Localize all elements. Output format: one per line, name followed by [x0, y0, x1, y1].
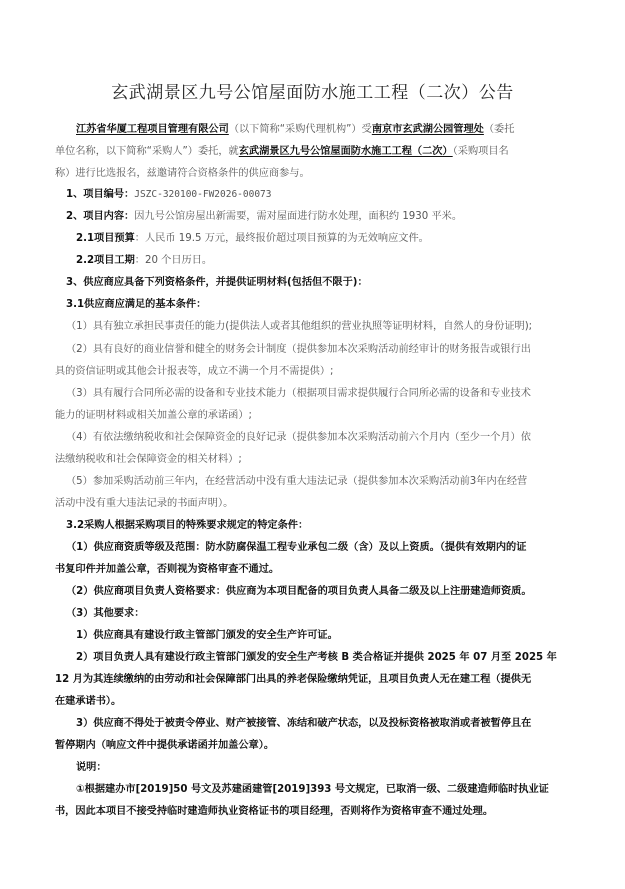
condition-5-line-1: （5）参加采购活动前三年内，在经营活动中没有重大违法记录（提供参加本次采购活动前…	[66, 475, 527, 489]
project-content: 2、项目内容：因九号公馆房屋出新需要，需对屋面进行防水处理，面积约 1930 平…	[66, 210, 462, 224]
project-note: （采购项目名	[453, 146, 509, 157]
project-budget-value: ：人民币 19.5 万元，最终报价超过项目预算的为无效响应文件。	[135, 233, 429, 244]
condition-2-line-1: （2）具有良好的商业信誉和健全的财务会计制度（提供参加本次采购活动前经审计的财务…	[66, 343, 531, 357]
condition-4-line-2: 法缴纳税收和社会保障资金的相关材料）;	[55, 453, 242, 467]
project-budget: 2.1项目预算：人民币 19.5 万元，最终报价超过项目预算的为无效响应文件。	[76, 232, 429, 246]
note-line-1: ①根据建办市[2019]50 号文及苏建函建管[2019]393 号文规定，已取…	[76, 783, 549, 797]
requirement-3-heading: （3）其他要求：	[66, 607, 144, 621]
project-duration-value: ：20 个日历日。	[135, 255, 212, 266]
basic-conditions-heading: 3.1供应商应满足的基本条件：	[66, 298, 206, 312]
purchaser-note: （委托	[484, 124, 515, 135]
project-name: 玄武湖景区九号公馆屋面防水施工工程（二次）	[239, 146, 453, 157]
requirement-1-line-2: 书复印件并加盖公章，否则视为资格审查不通过。	[55, 563, 279, 577]
intro-line-2: 单位名称，以下简称“采购人”）委托，就玄武湖景区九号公馆屋面防水施工工程（二次）…	[55, 145, 509, 159]
intro-line-3: 称）进行比选报名，兹邀请符合资格条件的供应商参与。	[55, 167, 310, 181]
special-conditions-heading: 3.2采购人根据采购项目的特殊要求规定的特定条件：	[66, 519, 308, 533]
project-number: 1、项目编号：JSZC-320100-FW2026-00073	[66, 188, 272, 202]
document-page: 玄武湖景区九号公馆屋面防水施工工程（二次）公告 江苏省华厦工程项目管理有限公司（…	[0, 0, 625, 889]
intro-line-1: 江苏省华厦工程项目管理有限公司（以下简称“采购代理机构”）受南京市玄武湖公园管理…	[76, 123, 514, 137]
project-number-label: 1、项目编号：	[66, 189, 134, 200]
other-requirement-3-line-2: 暂停期内（响应文件中提供承诺函并加盖公章）。	[55, 739, 274, 753]
other-requirement-3-line-1: 3）供应商不得处于被责令停业、财产被接管、冻结和破产状态，以及投标资格被取消或者…	[76, 717, 531, 731]
other-requirement-1: 1）供应商具有建设行政主管部门颁发的安全生产许可证。	[76, 629, 338, 643]
other-requirement-2-line-3: 在建承诺书）。	[55, 695, 121, 709]
intro-text: 单位名称，以下简称“采购人”）委托，就	[55, 146, 239, 157]
project-number-value: JSZC-320100-FW2026-00073	[134, 189, 271, 200]
project-duration-label: 2.2项目工期	[76, 255, 135, 266]
note-heading: 说明：	[76, 761, 107, 775]
other-requirement-2-line-1: 2）项目负责人具有建设行政主管部门颁发的安全生产考核 B 类合格证并提供 202…	[76, 651, 557, 665]
requirement-1-line-1: （1）供应商资质等级及范围：防水防腐保温工程专业承包二级（含）及以上资质。（提供…	[66, 541, 526, 555]
project-budget-label: 2.1项目预算	[76, 233, 135, 244]
agency-name: 江苏省华厦工程项目管理有限公司	[76, 124, 229, 135]
project-content-label: 2、项目内容：	[66, 211, 134, 222]
purchaser-name: 南京市玄武湖公园管理处	[372, 124, 484, 135]
qualification-heading: 3、供应商应具备下列资格条件，并提供证明材料(包括但不限于)：	[66, 276, 368, 290]
condition-4-line-1: （4）有依法缴纳税收和社会保障资金的良好记录（提供参加本次采购活动前六个月内（至…	[66, 431, 531, 445]
condition-1: （1）具有独立承担民事责任的能力(提供法人或者其他组织的营业执照等证明材料，自然…	[66, 320, 532, 334]
condition-3-line-2: 能力的证明材料或相关加盖公章的承诺函）;	[55, 409, 252, 423]
document-title: 玄武湖景区九号公馆屋面防水施工工程（二次）公告	[0, 78, 625, 103]
other-requirement-2-line-2: 12 月为其连续缴纳的由劳动和社会保障部门出具的养老保险缴纳凭证，且项目负责人无…	[55, 673, 531, 687]
requirement-2: （2）供应商项目负责人资格要求：供应商为本项目配备的项目负责人具备二级及以上注册…	[66, 585, 532, 599]
project-duration: 2.2项目工期：20 个日历日。	[76, 254, 212, 268]
condition-3-line-1: （3）具有履行合同所必需的设备和专业技术能力（根据项目需求提供履行合同所必需的设…	[66, 387, 531, 401]
condition-2-line-2: 具的资信证明或其他会计报表等，成立不满一个月不需提供）;	[55, 365, 334, 379]
condition-5-line-2: 活动中没有重大违法记录的书面声明）。	[55, 497, 233, 511]
note-line-2: 书，因此本项目不接受持临时建造师执业资格证书的项目经理，否则将作为资格审查不通过…	[55, 805, 493, 819]
agency-note: （以下简称“采购代理机构”）受	[229, 124, 372, 135]
project-content-value: 因九号公馆房屋出新需要，需对屋面进行防水处理，面积约 1930 平米。	[134, 211, 462, 222]
